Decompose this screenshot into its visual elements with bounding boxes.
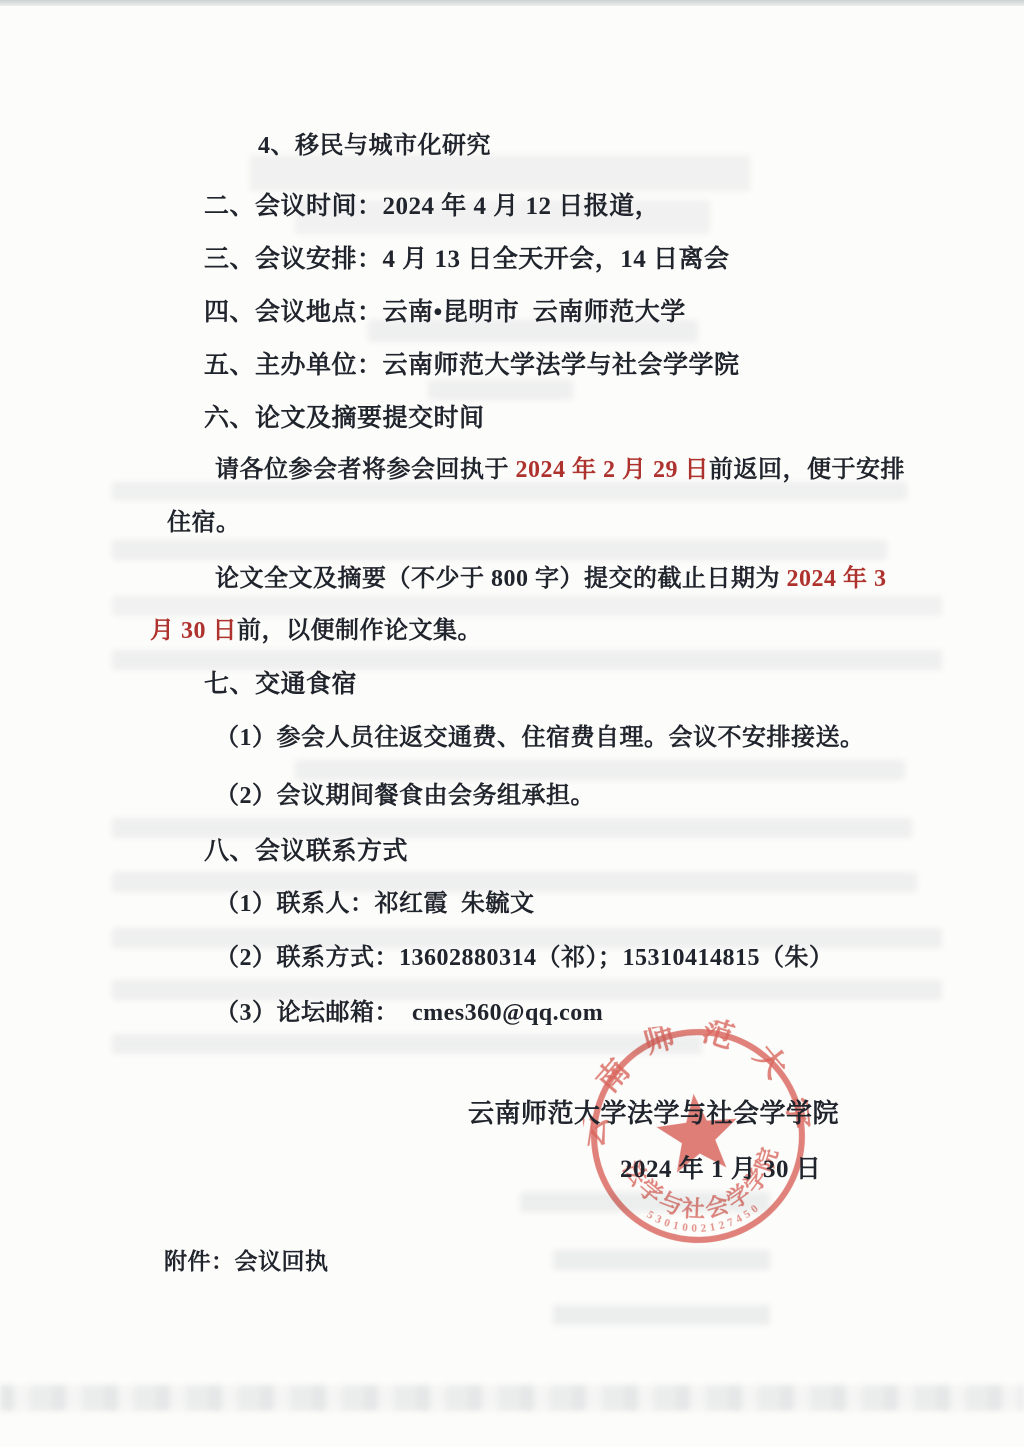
official-seal-graphic: 云南师范大学 法学与社会学学院 5301002127450 bbox=[574, 1012, 822, 1260]
deadline-paragraph-line2: 月 30 日前，以便制作论文集。 bbox=[150, 617, 482, 646]
bleed-through-ghost bbox=[295, 760, 905, 780]
paper-deadline-date-part1: 2024 年 3 bbox=[787, 566, 887, 592]
signature-date: 2024 年 1 月 30 日 bbox=[620, 1155, 821, 1185]
topic-item-4: 4、移民与城市化研究 bbox=[258, 132, 491, 161]
section-meeting-time: 二、会议时间：2024 年 4 月 12 日报道， bbox=[204, 192, 660, 222]
section-contact-heading: 八、会议联系方式 bbox=[204, 837, 408, 867]
scan-top-edge bbox=[0, 0, 1024, 6]
contact-person-line: （1）联系人：祁红霞 朱毓文 bbox=[215, 890, 535, 919]
bleed-through-ghost bbox=[112, 596, 942, 616]
reply-pre-text: 请各位参会者将参会回执于 bbox=[215, 457, 516, 483]
section-submission-heading: 六、论文及摘要提交时间 bbox=[204, 404, 485, 434]
scan-bottom-edge bbox=[0, 1385, 1024, 1411]
paper-deadline-date-part2: 月 30 日 bbox=[150, 618, 237, 644]
bleed-through-ghost bbox=[428, 380, 573, 400]
bleed-through-ghost bbox=[112, 872, 917, 892]
bleed-through-ghost bbox=[553, 1305, 770, 1325]
travel-item-2: （2）会议期间餐食由会务组承担。 bbox=[215, 782, 595, 811]
reply-deadline-date: 2024 年 2 月 29 日 bbox=[516, 457, 710, 483]
deadline-paragraph-line1: 论文全文及摘要（不少于 800 字）提交的截止日期为 2024 年 3 bbox=[215, 565, 887, 594]
section-travel-heading: 七、交通食宿 bbox=[204, 670, 357, 700]
reply-paragraph-line1: 请各位参会者将参会回执于 2024 年 2 月 29 日前返回，便于安排 bbox=[215, 456, 905, 485]
bleed-through-ghost bbox=[112, 540, 887, 560]
bleed-through-ghost bbox=[112, 818, 912, 838]
reply-post-text: 前返回，便于安排 bbox=[709, 457, 905, 483]
section-meeting-schedule: 三、会议安排：4 月 13 日全天开会，14 日离会 bbox=[204, 245, 730, 275]
bleed-through-ghost bbox=[112, 650, 942, 670]
section-organizer: 五、主办单位：云南师范大学法学与社会学学院 bbox=[204, 351, 740, 381]
official-seal: 云南师范大学 法学与社会学学院 5301002127450 bbox=[574, 1012, 822, 1260]
contact-phone-line: （2）联系方式：13602880314（祁）；15310414815（朱） bbox=[215, 944, 834, 973]
travel-item-1: （1）参会人员往返交通费、住宿费自理。会议不安排接送。 bbox=[215, 724, 865, 753]
bleed-through-ghost bbox=[112, 980, 942, 1000]
signature-organization: 云南师范大学法学与社会学学院 bbox=[468, 1098, 839, 1129]
reply-paragraph-line2: 住宿。 bbox=[167, 509, 241, 538]
deadline-pre-text: 论文全文及摘要（不少于 800 字）提交的截止日期为 bbox=[215, 566, 787, 592]
contact-email-line: （3）论坛邮箱： cmes360@qq.com bbox=[215, 999, 603, 1028]
attachment-note: 附件：会议回执 bbox=[164, 1248, 329, 1276]
section-meeting-location: 四、会议地点：云南•昆明市 云南师范大学 bbox=[204, 298, 686, 328]
deadline-post-text: 前，以便制作论文集。 bbox=[237, 618, 482, 644]
